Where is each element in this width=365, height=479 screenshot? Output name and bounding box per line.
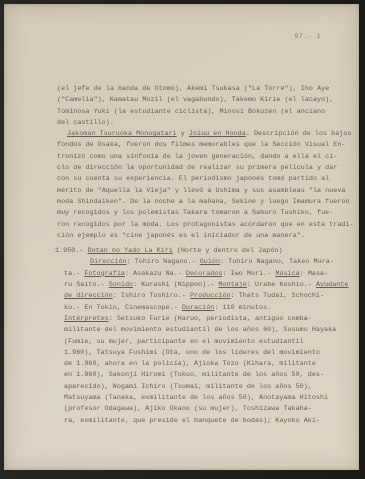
text-segment: : 110 minutos. bbox=[214, 304, 271, 312]
page-number: 97.- 1 bbox=[295, 33, 321, 40]
text-segment: (Fumie, su mujer, participante en el mov… bbox=[64, 338, 304, 346]
text-line: muy recogidos y los polemistas Takara to… bbox=[57, 208, 329, 219]
text-segment: : Masa- bbox=[300, 270, 328, 278]
text-segment: (profesor Odagawa), Ajiko Okano (su muje… bbox=[64, 405, 312, 413]
text-segment: mérito de "Aquella la Vieja" y llevó a U… bbox=[57, 187, 345, 195]
text-segment: moda Shindaiken". De la noche a la mañan… bbox=[57, 198, 350, 206]
text-line: Matsuyama (Tanaka, exmilitante de los añ… bbox=[64, 393, 329, 404]
text-segment: (el jefe de la banda de Otomo), Akemi Ts… bbox=[57, 85, 329, 93]
text-segment: Tominosa Yuki (la estudiante ciclista), … bbox=[57, 108, 325, 116]
text-line: ción ejemplo es "cine japonés es el inic… bbox=[57, 231, 329, 242]
text-segment: ku.- En Tokio, Cinemascope.- bbox=[64, 304, 182, 312]
text-segment: : Urabe Koshio.- bbox=[247, 281, 316, 289]
text-segment: ta.- bbox=[64, 270, 84, 278]
text-segment: ra, exmilitante, que preside el banquete… bbox=[64, 417, 320, 425]
cast-list-continuation: (el jefe de la banda de Otomo), Akemi Ts… bbox=[57, 84, 329, 129]
scanned-page: 97.- 1 (el jefe de la banda de Otomo), A… bbox=[4, 4, 359, 470]
text-line: Dirección: Tohiro Nagano.- Guión: Tohiro… bbox=[64, 257, 329, 268]
text-segment: en 1.960), Sakonji Hiromi (Tokuo, milita… bbox=[64, 371, 324, 379]
text-segment: ru Saito.- bbox=[64, 281, 109, 289]
text-line: ("Camelia"), Kamatau Mozil (el vagabundo… bbox=[57, 95, 329, 106]
text-line: ta.- Fotografía: Asakazu Na.- Decorados:… bbox=[64, 269, 329, 280]
text-segment: clo de dirección la oportunidad de reali… bbox=[57, 164, 337, 172]
text-line: Intérpretes: Setsuko Furie (Haruo, perio… bbox=[64, 314, 329, 325]
text-line: ron recogidos por la moda. Los protagoni… bbox=[57, 220, 329, 231]
text-segment: : Kurashi (Nippon).- bbox=[133, 281, 218, 289]
film-commentary: Jakoman Tsuruoka Monogatari y Joiuu en H… bbox=[57, 129, 329, 242]
text-segment: aparecido), Nogami Ichiro (Tsumai, milit… bbox=[64, 383, 312, 391]
credits-block: Dirección: Tohiro Nagano.- Guión: Tohiro… bbox=[64, 257, 329, 313]
text-segment: Matsuyama (Tanaka, exmilitante de los añ… bbox=[64, 394, 328, 402]
underlined-text: Montaje bbox=[218, 281, 246, 289]
typewritten-text: (el jefe de la banda de Otomo), Akemi Ts… bbox=[57, 84, 329, 427]
underlined-text: Dotan no Yado La Kiri bbox=[88, 247, 173, 255]
text-line: 1.950.- Dotan no Yado La Kiri (Norte y d… bbox=[55, 246, 329, 257]
underlined-text: Joiuu en Honda bbox=[189, 130, 246, 138]
underlined-text: Ayudante bbox=[316, 281, 349, 289]
underlined-text: Dirección bbox=[90, 258, 127, 266]
underlined-text: de dirección bbox=[64, 292, 113, 300]
text-segment: con su cuenta su experiencia. El periodi… bbox=[57, 175, 329, 183]
text-line: ra, exmilitante, que preside el banquete… bbox=[64, 416, 329, 427]
text-line: moda Shindaiken". De la noche a la mañan… bbox=[57, 197, 329, 208]
text-line: aparecido), Nogami Ichiro (Tsumai, milit… bbox=[64, 382, 329, 393]
text-segment: (Norte y dentro del Japón) bbox=[173, 247, 283, 255]
text-line: tronizó como una sinfonía de la joven ge… bbox=[57, 152, 329, 163]
text-segment: y bbox=[177, 130, 189, 138]
text-line: Jakoman Tsuruoka Monogatari y Joiuu en H… bbox=[57, 129, 329, 140]
underlined-text: Fotografía bbox=[84, 270, 125, 278]
text-line: ru Saito.- Sonido: Kurashi (Nippon).- Mo… bbox=[64, 280, 329, 291]
text-segment: ron recogidos por la moda. Los protagoni… bbox=[57, 221, 354, 229]
text-segment: tronizó como una sinfonía de la joven ge… bbox=[57, 153, 337, 161]
text-line: con su cuenta su experiencia. El periodi… bbox=[57, 174, 329, 185]
text-segment: del castillo). bbox=[57, 119, 114, 127]
text-segment: : Thats Tudai, Schochi- bbox=[231, 292, 324, 300]
text-segment: : Setsuko Furie (Haruo, periodista, anti… bbox=[109, 315, 312, 323]
underlined-text: Jakoman Tsuruoka Monogatari bbox=[67, 130, 177, 138]
text-line: de dirección: Ishiro Tushiro.- Producció… bbox=[64, 291, 329, 302]
text-line: (profesor Odagawa), Ajiko Okano (su muje… bbox=[64, 404, 329, 415]
text-segment: ("Camelia"), Kamatau Mozil (el vagabundo… bbox=[57, 96, 333, 104]
text-segment: : Iwo Mori.- bbox=[223, 270, 276, 278]
text-segment: : Tohiro Nagano, Takeo Mura- bbox=[220, 258, 334, 266]
text-line: 1.960), Tatsuya Fushimi (Ota, uno de los… bbox=[64, 348, 329, 359]
text-line: ku.- En Tokio, Cinemascope.- Duración: 1… bbox=[64, 303, 329, 314]
underlined-text: Producción bbox=[190, 292, 231, 300]
text-segment: 1.950.- bbox=[55, 247, 88, 255]
underlined-text: Sonido bbox=[109, 281, 133, 289]
text-line: en 1.960), Sakonji Hiromi (Tokuo, milita… bbox=[64, 370, 329, 381]
text-line: mérito de "Aquella la Vieja" y llevó a U… bbox=[57, 186, 329, 197]
text-segment: 1.960), Tatsuya Fushimi (Ota, uno de los… bbox=[64, 349, 320, 357]
underlined-text: Decorados bbox=[186, 270, 223, 278]
text-segment: muy recogidos y los polemistas Takara to… bbox=[57, 209, 333, 217]
text-segment: ción ejemplo es "cine japonés es el inic… bbox=[57, 232, 305, 240]
text-line: fondos de Osaka, fueron dos filmes memor… bbox=[57, 140, 329, 151]
text-segment: : Ishiro Tushiro.- bbox=[113, 292, 190, 300]
text-segment: militante del movimiento estudiantil de … bbox=[64, 326, 336, 334]
underlined-text: Música bbox=[275, 270, 299, 278]
underlined-text: Guión bbox=[200, 258, 220, 266]
cast-block: Intérpretes: Setsuko Furie (Haruo, perio… bbox=[64, 314, 329, 427]
text-segment: . Descripción de los bajos bbox=[246, 130, 352, 138]
text-segment: de 1.960, ahora en la policía), Ajioka T… bbox=[64, 360, 316, 368]
underlined-text: Intérpretes bbox=[64, 315, 109, 323]
underlined-text: Duración bbox=[182, 304, 215, 312]
text-line: del castillo). bbox=[57, 118, 329, 129]
text-line: Tominosa Yuki (la estudiante ciclista), … bbox=[57, 107, 329, 118]
text-segment: : Tohiro Nagano.- bbox=[127, 258, 200, 266]
text-line: clo de dirección la oportunidad de reali… bbox=[57, 163, 329, 174]
text-segment: fondos de Osaka, fueron dos filmes memor… bbox=[57, 141, 345, 149]
text-segment: : Asakazu Na.- bbox=[125, 270, 186, 278]
text-line: (Fumie, su mujer, participante en el mov… bbox=[64, 337, 329, 348]
text-line: militante del movimiento estudiantil de … bbox=[64, 325, 329, 336]
text-line: de 1.960, ahora en la policía), Ajioka T… bbox=[64, 359, 329, 370]
text-line: (el jefe de la banda de Otomo), Akemi Ts… bbox=[57, 84, 329, 95]
film-heading: 1.950.- Dotan no Yado La Kiri (Norte y d… bbox=[55, 246, 329, 257]
